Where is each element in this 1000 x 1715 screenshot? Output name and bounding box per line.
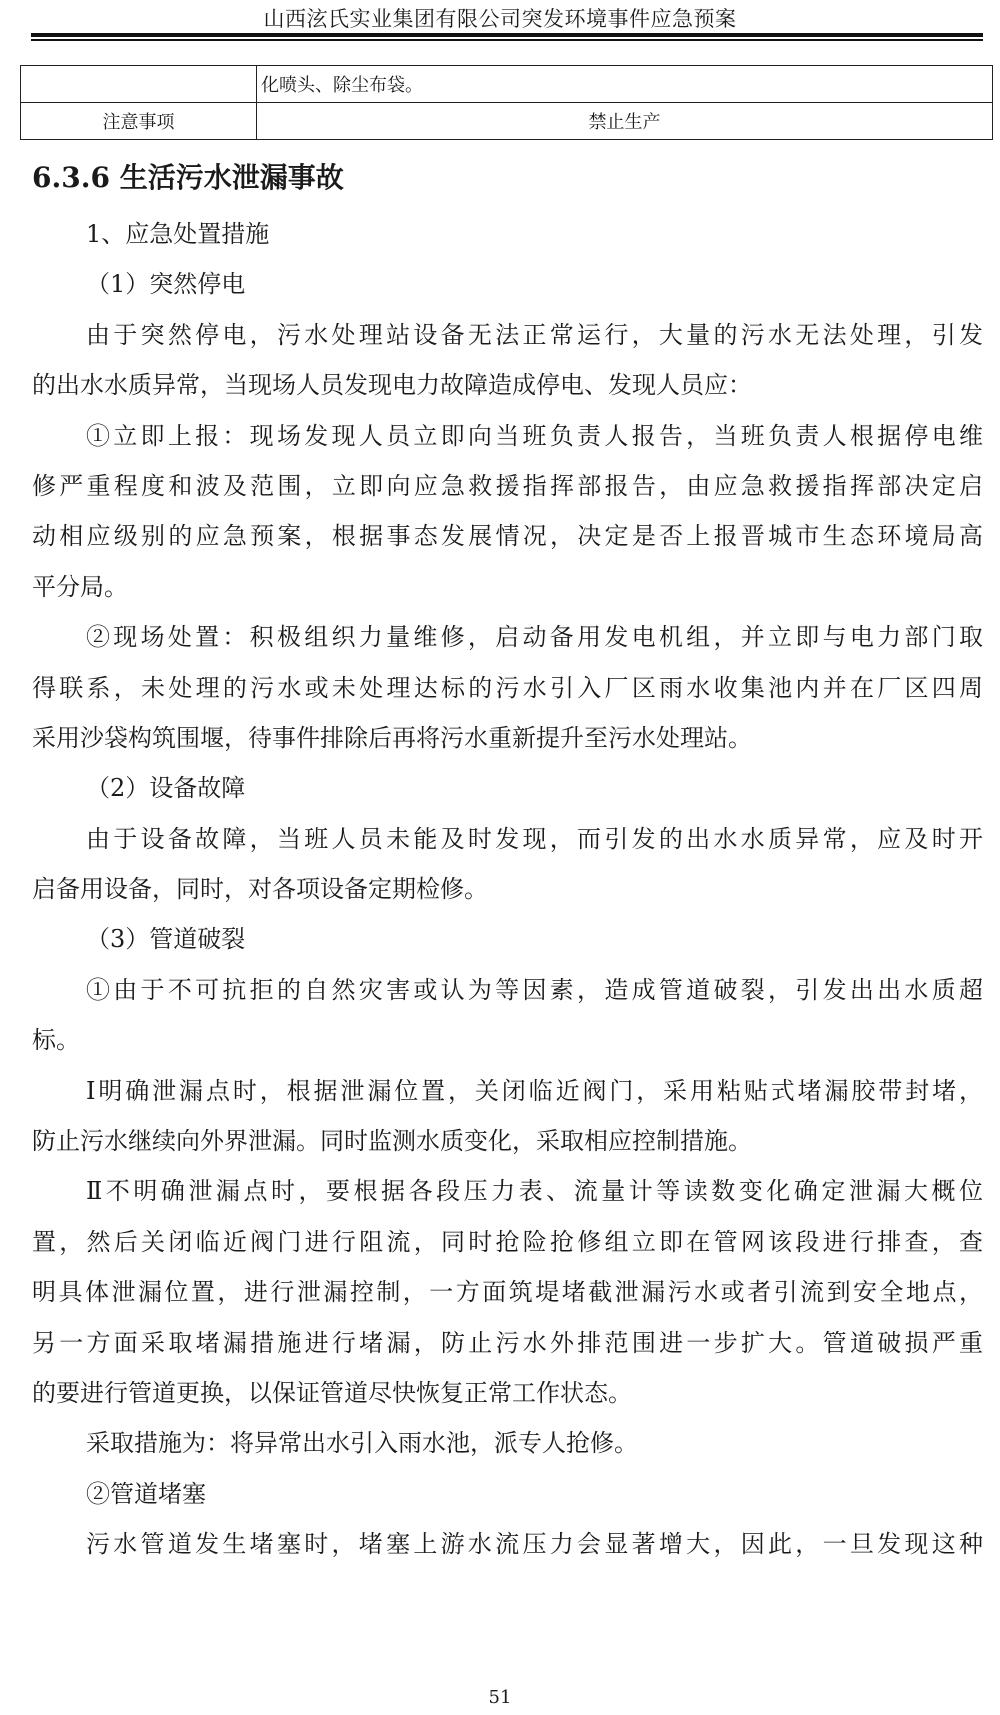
- paragraph-line: 修严重程度和波及范围，立即向应急救援指挥部报告，由应急救援指挥部决定启: [32, 461, 983, 511]
- paragraph-line: 的出水水质异常，当现场人员发现电力故障造成停电、发现人员应：: [32, 360, 983, 410]
- paragraph-line: ①由于不可抗拒的自然灾害或认为等因素，造成管道破裂，引发出出水质超: [32, 965, 983, 1015]
- paragraph-line: 防止污水继续向外界泄漏。同时监测水质变化，采取相应控制措施。: [32, 1116, 983, 1166]
- section-body: 1、应急处置措施（1）突然停电由于突然停电，污水处理站设备无法正常运行，大量的污…: [32, 209, 983, 1570]
- table-row: 化喷头、除尘布袋。: [21, 66, 993, 103]
- paragraph-line: 另一方面采取堵漏措施进行堵漏，防止污水外排范围进一步扩大。管道破损严重: [32, 1318, 983, 1368]
- paragraph-line: 的要进行管道更换，以保证管道尽快恢复正常工作状态。: [32, 1368, 983, 1418]
- paragraph-line: 平分局。: [32, 562, 983, 612]
- paragraph-line: （3）管道破裂: [32, 914, 983, 964]
- paragraph-line: （2）设备故障: [32, 763, 983, 813]
- table-row: 注意事项 禁止生产: [21, 103, 993, 140]
- table-cell-value: 禁止生产: [257, 103, 993, 140]
- paragraph-line: 置，然后关闭临近阀门进行阻流，同时抢险抢修组立即在管网该段进行排查，查: [32, 1217, 983, 1267]
- paragraph-line: 1、应急处置措施: [32, 209, 983, 259]
- paragraph-line: （1）突然停电: [32, 259, 983, 309]
- table-cell-value: 化喷头、除尘布袋。: [257, 66, 993, 103]
- table-cell-label: 注意事项: [21, 103, 257, 140]
- running-header: 山西泫氏实业集团有限公司突发环境事件应急预案: [0, 6, 1000, 32]
- paragraph-line: 得联系，未处理的污水或未处理达标的污水引入厂区雨水收集池内并在厂区四周: [32, 663, 983, 713]
- header-rule-thin: [31, 39, 983, 41]
- section-heading: 6.3.6 生活污水泄漏事故: [32, 158, 344, 198]
- paragraph-line: Ⅰ明确泄漏点时，根据泄漏位置，关闭临近阀门，采用粘贴式堵漏胶带封堵，: [32, 1066, 983, 1116]
- paragraph-line: 启备用设备，同时，对各项设备定期检修。: [32, 864, 983, 914]
- continuation-table: 化喷头、除尘布袋。 注意事项 禁止生产: [20, 65, 993, 140]
- paragraph-line: 明具体泄漏位置，进行泄漏控制，一方面筑堤堵截泄漏污水或者引流到安全地点，: [32, 1267, 983, 1317]
- paragraph-line: ①立即上报：现场发现人员立即向当班负责人报告，当班负责人根据停电维: [32, 411, 983, 461]
- paragraph-line: Ⅱ不明确泄漏点时，要根据各段压力表、流量计等读数变化确定泄漏大概位: [32, 1166, 983, 1216]
- paragraph-line: 动相应级别的应急预案，根据事态发展情况，决定是否上报晋城市生态环境局高: [32, 511, 983, 561]
- paragraph-line: 由于突然停电，污水处理站设备无法正常运行，大量的污水无法处理，引发: [32, 310, 983, 360]
- paragraph-line: 污水管道发生堵塞时，堵塞上游水流压力会显著增大，因此，一旦发现这种: [32, 1519, 983, 1569]
- paragraph-line: ②现场处置：积极组织力量维修，启动备用发电机组，并立即与电力部门取: [32, 612, 983, 662]
- header-rule-thick: [31, 33, 983, 37]
- paragraph-line: 采取措施为：将异常出水引入雨水池，派专人抢修。: [32, 1418, 983, 1468]
- paragraph-line: 由于设备故障，当班人员未能及时发现，而引发的出水水质异常，应及时开: [32, 814, 983, 864]
- paragraph-line: 采用沙袋构筑围堰，待事件排除后再将污水重新提升至污水处理站。: [32, 713, 983, 763]
- table-cell-label: [21, 66, 257, 103]
- paragraph-line: 标。: [32, 1015, 983, 1065]
- page-number: 51: [0, 1686, 1000, 1710]
- paragraph-line: ②管道堵塞: [32, 1469, 983, 1519]
